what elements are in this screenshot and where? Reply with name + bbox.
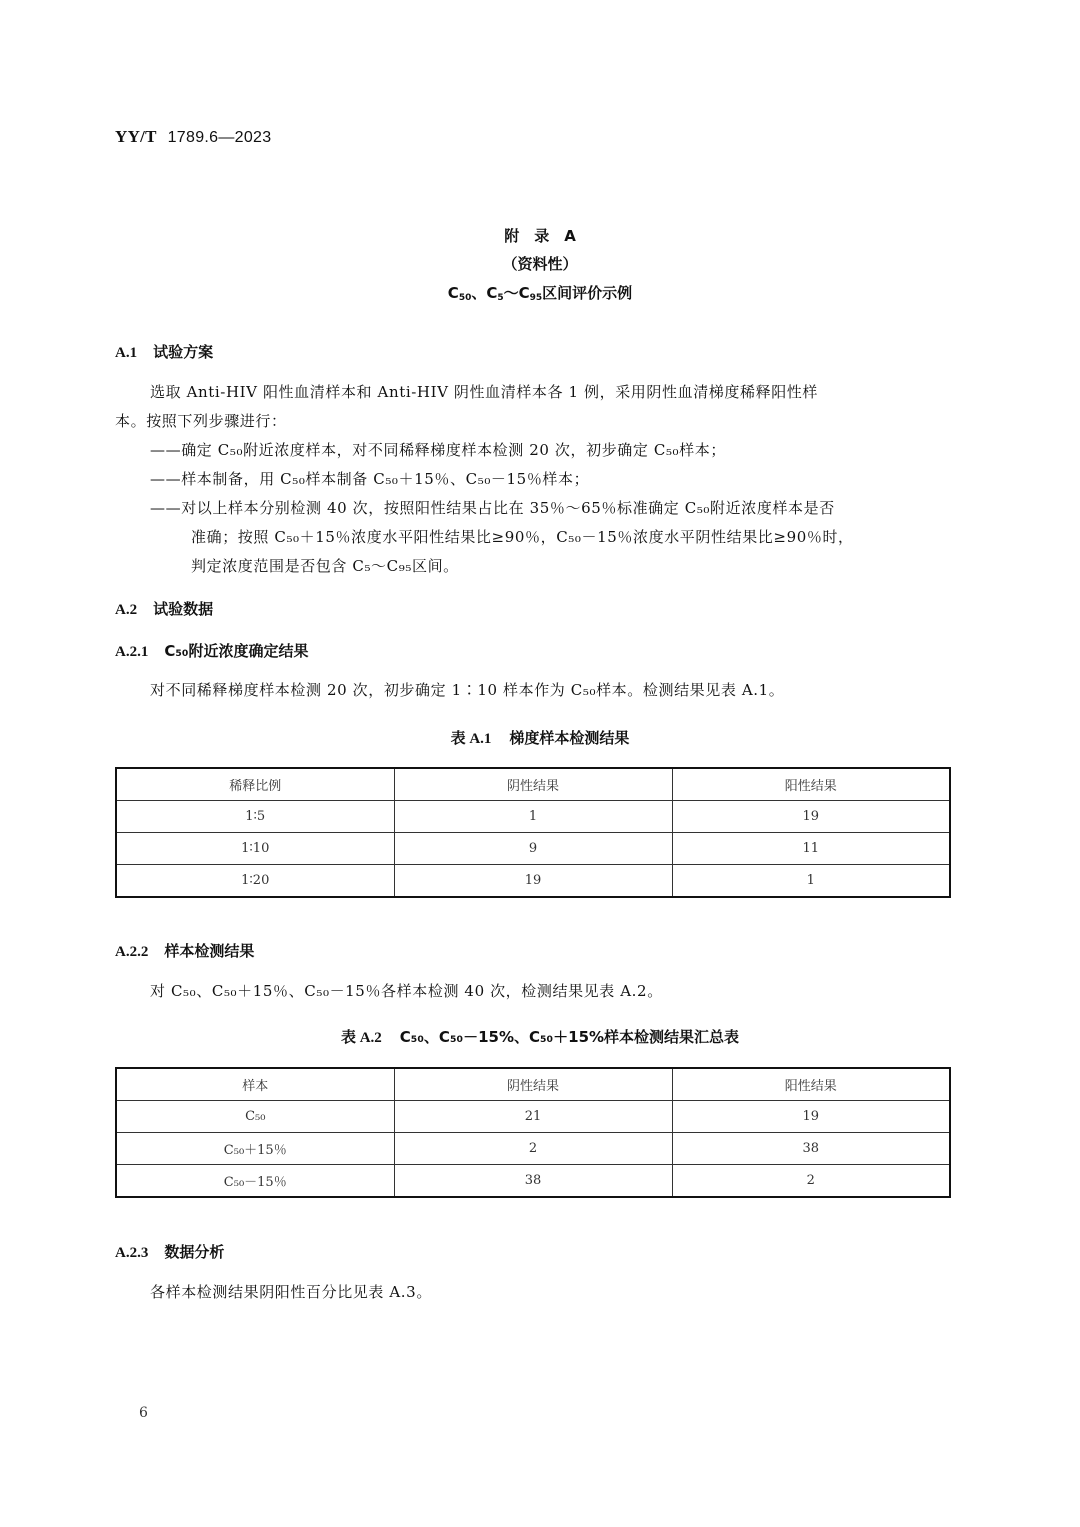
- table-row: C₅₀＋15％ 2 38: [116, 1133, 950, 1165]
- table-cell: 1: [394, 801, 672, 833]
- table-cell: 2: [394, 1133, 672, 1165]
- table-header-row: 稀释比例 阴性结果 阳性结果: [116, 768, 950, 801]
- table-row: C₅₀ 21 19: [116, 1101, 950, 1133]
- a23-paragraph: 各样本检测结果阴阳性百分比见表 A.3。: [150, 1278, 432, 1307]
- a1-list-item-3-cont2: 判定浓度范围是否包含 C₅～C₉₅区间。: [191, 552, 459, 581]
- table-cell: 9: [394, 833, 672, 865]
- appendix-subtitle: C50、C5～C95区间评价示例: [0, 282, 1080, 303]
- section-a23-heading: A.2.3数据分析: [115, 1241, 224, 1262]
- column-header: 阳性结果: [672, 1068, 950, 1101]
- table-row: 1∶5 1 19: [116, 801, 950, 833]
- table-cell: C₅₀: [116, 1101, 394, 1133]
- section-a1-heading: A.1试验方案: [115, 341, 213, 362]
- section-a22-heading: A.2.2样本检测结果: [115, 940, 254, 961]
- column-header: 稀释比例: [116, 768, 394, 801]
- table-row: C₅₀－15％ 38 2: [116, 1165, 950, 1198]
- section-a2-heading: A.2试验数据: [115, 598, 213, 619]
- a1-list-item-3-cont: 准确；按照 C₅₀＋15％浓度水平阳性结果比≥90％，C₅₀－15％浓度水平阴性…: [191, 523, 854, 552]
- a22-paragraph: 对 C₅₀、C₅₀＋15％、C₅₀－15％各样本检测 40 次，检测结果见表 A…: [150, 977, 663, 1006]
- standard-header: YY/T 1789.6—2023: [115, 127, 271, 147]
- table-cell: 19: [672, 801, 950, 833]
- a1-list-item-2: ——样本制备，用 C₅₀样本制备 C₅₀＋15％、C₅₀－15％样本；: [150, 465, 589, 494]
- table-cell: 19: [672, 1101, 950, 1133]
- table-cell: 1∶10: [116, 833, 394, 865]
- standard-prefix: YY/T: [115, 127, 157, 146]
- table-header-row: 样本 阴性结果 阳性结果: [116, 1068, 950, 1101]
- appendix-title: 附 录 A: [0, 225, 1080, 246]
- a1-list-item-1: ——确定 C₅₀附近浓度样本，对不同稀释梯度样本检测 20 次，初步确定 C₅₀…: [150, 436, 726, 465]
- column-header: 阳性结果: [672, 768, 950, 801]
- table-cell: 11: [672, 833, 950, 865]
- column-header: 阴性结果: [394, 1068, 672, 1101]
- table-cell: C₅₀＋15％: [116, 1133, 394, 1165]
- table-cell: 1∶20: [116, 865, 394, 898]
- table-a2: 样本 阴性结果 阳性结果 C₅₀ 21 19 C₅₀＋15％ 2 38 C₅₀－…: [115, 1067, 951, 1198]
- table-cell: 21: [394, 1101, 672, 1133]
- table-cell: 1: [672, 865, 950, 898]
- table-cell: C₅₀－15％: [116, 1165, 394, 1198]
- section-a21-heading: A.2.1C₅₀附近浓度确定结果: [115, 640, 309, 661]
- column-header: 阴性结果: [394, 768, 672, 801]
- table-a1: 稀释比例 阴性结果 阳性结果 1∶5 1 19 1∶10 9 11 1∶20 1…: [115, 767, 951, 898]
- table-cell: 19: [394, 865, 672, 898]
- a1-paragraph-line1: 选取 Anti-HIV 阳性血清样本和 Anti-HIV 阴性血清样本各 1 例…: [150, 378, 818, 407]
- table-row: 1∶10 9 11: [116, 833, 950, 865]
- table-a1-caption: 表 A.1梯度样本检测结果: [0, 727, 1080, 748]
- a1-paragraph-line2: 本。按照下列步骤进行：: [115, 407, 287, 436]
- table-a2-caption: 表 A.2C₅₀、C₅₀－15%、C₅₀＋15%样本检测结果汇总表: [0, 1026, 1080, 1047]
- page-number: 6: [139, 1405, 148, 1421]
- standard-number: 1789.6—2023: [168, 129, 272, 146]
- column-header: 样本: [116, 1068, 394, 1101]
- a21-paragraph: 对不同稀释梯度样本检测 20 次，初步确定 1∶10 样本作为 C₅₀样本。检测…: [150, 676, 784, 705]
- table-cell: 38: [394, 1165, 672, 1198]
- a1-list-item-3: ——对以上样本分别检测 40 次，按照阳性结果占比在 35％～65％标准确定 C…: [150, 494, 835, 523]
- table-cell: 38: [672, 1133, 950, 1165]
- table-cell: 1∶5: [116, 801, 394, 833]
- appendix-type: （资料性）: [0, 253, 1080, 274]
- table-row: 1∶20 19 1: [116, 865, 950, 898]
- table-cell: 2: [672, 1165, 950, 1198]
